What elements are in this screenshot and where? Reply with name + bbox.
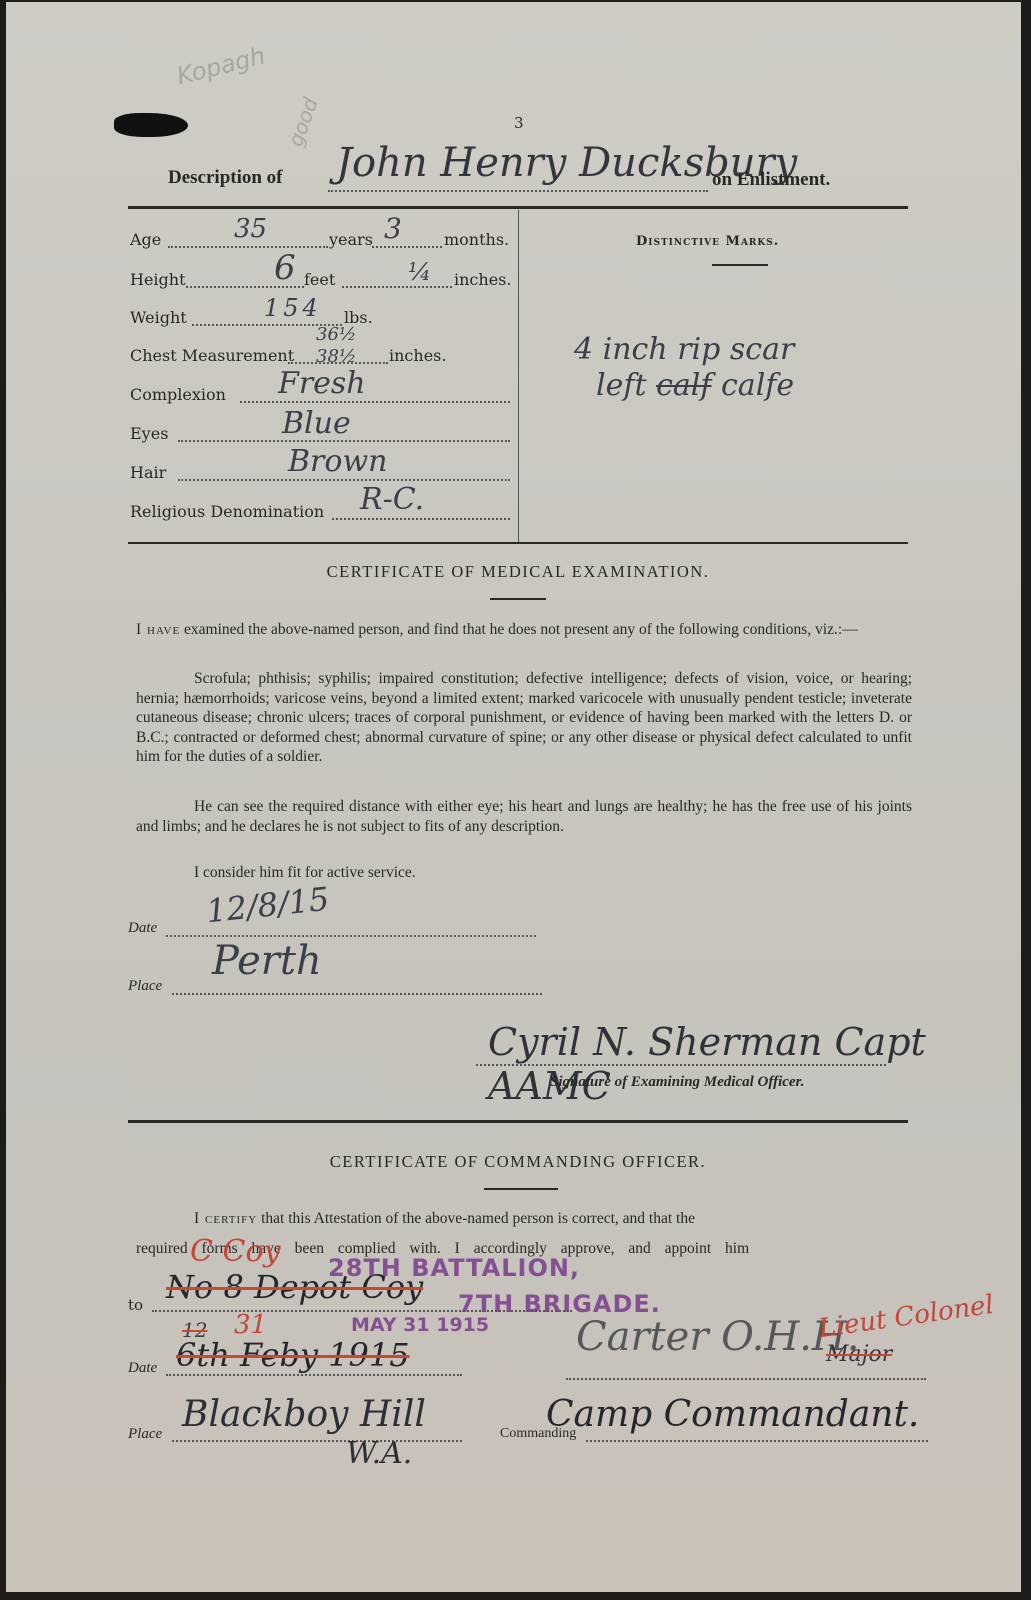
signature-line [566, 1378, 926, 1380]
commanding-text-1: I certify that this Attestation of the a… [136, 1209, 912, 1229]
stamp-date: MAY 31 1915 [351, 1314, 489, 1336]
dotted-line [168, 246, 328, 248]
column-divider [518, 210, 519, 542]
height-label: Height [130, 270, 186, 289]
hair-value: Brown [288, 444, 387, 479]
dotted-line [240, 401, 510, 403]
feet-label: feet [304, 270, 335, 289]
mark-text: calfe [721, 368, 794, 403]
dotted-line [166, 935, 536, 937]
dotted-line [178, 479, 510, 481]
distinctive-mark-line-1: 4 inch rip scar [574, 332, 794, 367]
text-line: that this Attestation of the above-named… [261, 1210, 695, 1227]
dotted-line [328, 190, 708, 192]
height-feet-value: 6 [274, 248, 296, 288]
mark-text: left [596, 368, 647, 403]
to-label: to [128, 1296, 143, 1314]
complexion-label: Complexion [130, 385, 226, 404]
commanding-date-label: Date [128, 1360, 157, 1377]
text-lead: I certify [194, 1210, 257, 1227]
commanding-certificate-heading: CERTIFICATE OF COMMANDING OFFICER. [128, 1152, 908, 1172]
medical-date-value: 12/8/15 [204, 880, 331, 931]
months-label: months. [444, 230, 509, 249]
medical-intro: I have examined the above-named person, … [136, 620, 912, 640]
heading-underline [490, 598, 546, 600]
medical-officer-signature: Cyril N. Sherman Capt AAMC [488, 1020, 1021, 1108]
battalion-stamp-line-1: 28TH BATTALION, [328, 1254, 580, 1282]
text-line: required [136, 1240, 188, 1257]
medical-place-value: Perth [212, 938, 322, 984]
chest-max-value: 38½ [316, 346, 356, 367]
medical-certificate-heading: CERTIFICATE OF MEDICAL EXAMINATION. [128, 562, 908, 582]
distinctive-marks-heading: Distinctive Marks. [636, 234, 779, 249]
commanding-value: Camp Commandant. [546, 1394, 919, 1435]
medical-fitness: He can see the required distance with ei… [136, 797, 912, 836]
chest-inches-label: inches. [389, 346, 446, 365]
divider [128, 206, 908, 209]
dotted-line [172, 993, 542, 995]
heading-underline [484, 1188, 558, 1190]
weight-value: 154 [264, 294, 322, 322]
height-inches-value: ¼ [408, 258, 431, 286]
medical-conclusion: I consider him fit for active service. [136, 863, 912, 883]
officer-rank-correction: Lieut Colonel [817, 1290, 996, 1344]
dotted-line [342, 286, 452, 288]
weight-label: Weight [130, 308, 187, 327]
hair-label: Hair [130, 463, 166, 482]
age-years-value: 35 [234, 214, 267, 244]
pencil-annotation: Kopagh [174, 42, 268, 91]
heading-underline [712, 264, 768, 266]
date-struck: 6th Feby 1915 [176, 1336, 410, 1374]
intro-text: examined the above-named person, and fin… [184, 621, 858, 638]
medical-place-label: Place [128, 978, 162, 995]
distinctive-mark-line-2: left calf calfe [596, 368, 794, 403]
divider [128, 542, 908, 544]
eyes-label: Eyes [130, 424, 168, 443]
age-label: Age [130, 230, 161, 249]
signature-label: Signature of Examining Medical Officer. [550, 1074, 804, 1091]
dotted-line [166, 1374, 462, 1376]
complexion-value: Fresh [278, 366, 366, 401]
commanding-place-state: W.A. [346, 1436, 412, 1471]
punch-hole [114, 113, 188, 137]
struck-text: calf [656, 368, 711, 403]
page-number: 3 [514, 114, 524, 132]
dotted-line [332, 518, 510, 520]
officer-rank-struck: Major [826, 1342, 892, 1367]
commanding-place-value: Blackboy Hill [182, 1394, 426, 1435]
dotted-line [372, 246, 442, 248]
age-months-value: 3 [384, 212, 402, 245]
chest-label: Chest Measurement [130, 346, 294, 365]
description-title-prefix: Description of [168, 167, 283, 189]
attestation-page: Kopagh good 3 Description of John Henry … [6, 2, 1021, 1592]
divider [128, 1120, 908, 1123]
eyes-value: Blue [282, 406, 351, 441]
intro-lead: I have [136, 621, 180, 638]
religion-label: Religious Denomination [130, 502, 324, 521]
medical-date-label: Date [128, 920, 157, 937]
dotted-line [172, 1440, 462, 1442]
pencil-annotation: good [283, 94, 323, 149]
inches-label: inches. [454, 270, 511, 289]
unit-correction: C Coy [190, 1234, 280, 1269]
religion-value: R-C. [360, 482, 424, 517]
dotted-line [586, 1440, 928, 1442]
chest-min-value: 36½ [316, 324, 356, 345]
description-title-suffix: on Enlistment. [712, 169, 830, 191]
medical-conditions: Scrofula; phthisis; syphilis; impaired c… [136, 669, 912, 767]
years-label: years [329, 230, 373, 249]
commanding-place-label: Place [128, 1426, 162, 1443]
